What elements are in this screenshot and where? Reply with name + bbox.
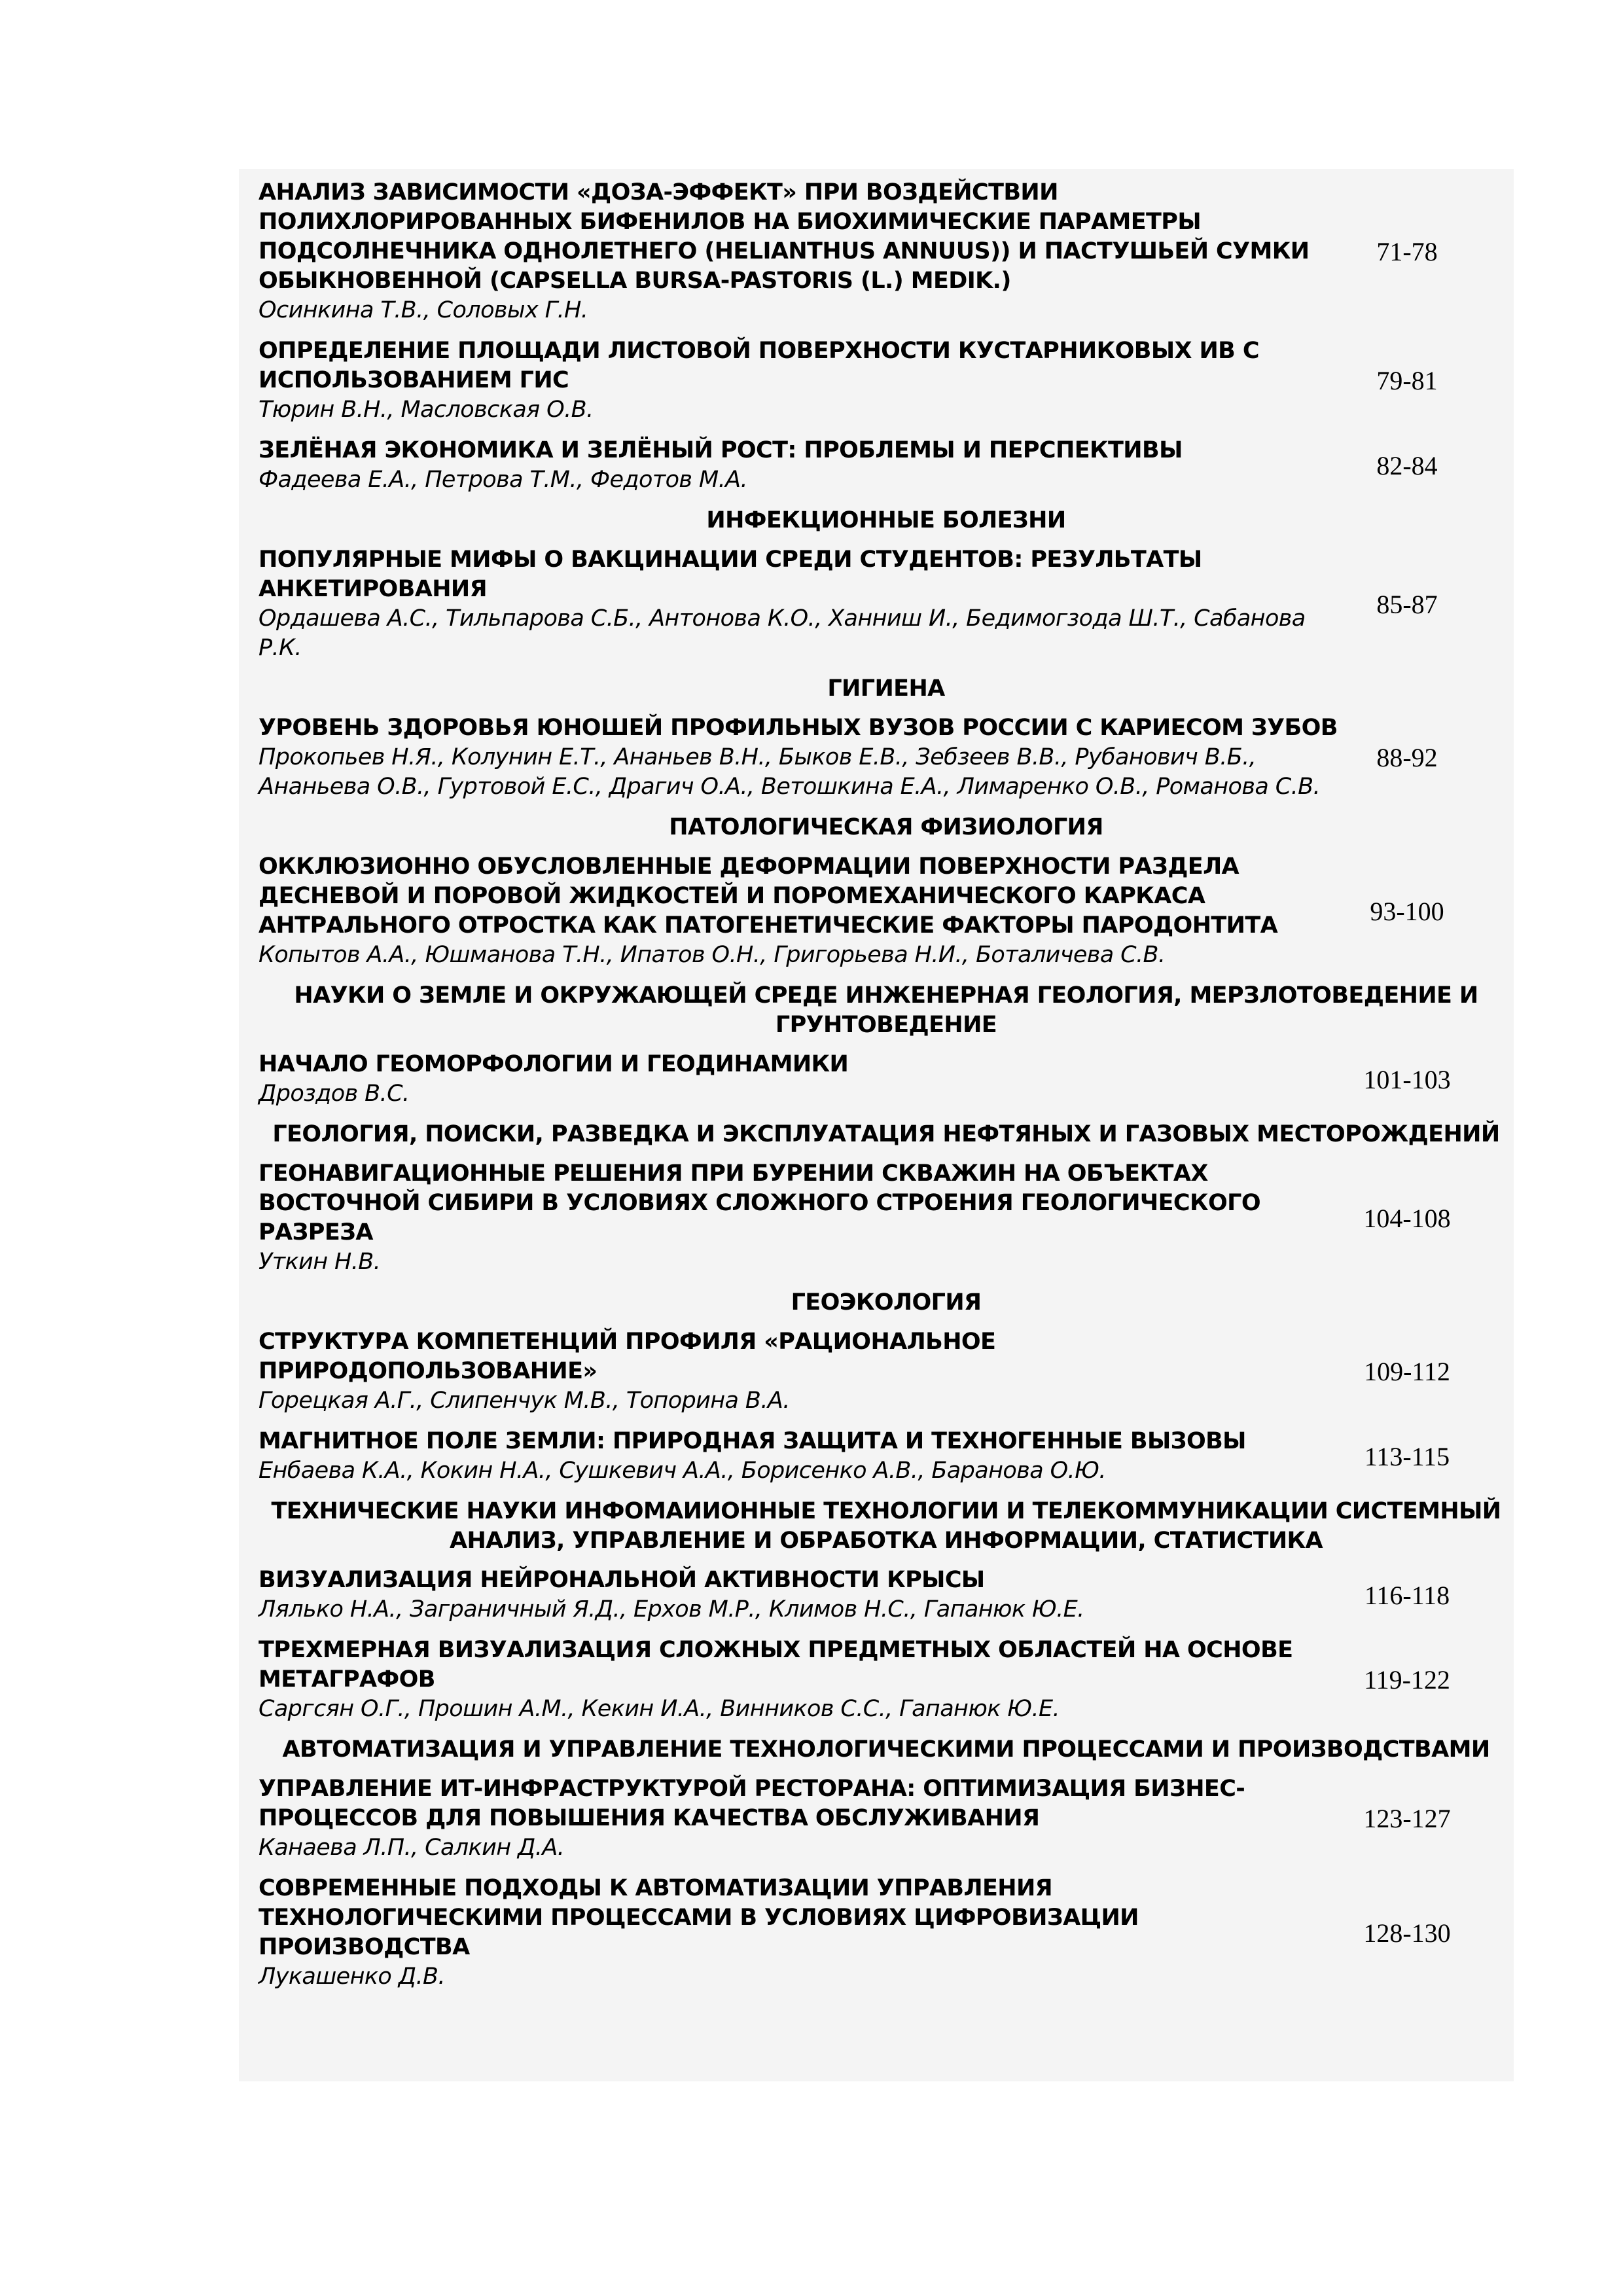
article-authors: Копытов А.А., Юшманова Т.Н., Ипатов О.Н.… bbox=[259, 941, 1345, 970]
entry-text: ПОПУЛЯРНЫЕ МИФЫ О ВАКЦИНАЦИИ СРЕДИ СТУДЕ… bbox=[259, 545, 1345, 663]
article-title: УПРАВЛЕНИЕ ИТ-ИНФРАСТРУКТУРОЙ РЕСТОРАНА:… bbox=[259, 1774, 1345, 1833]
entry-text: АНАЛИЗ ЗАВИСИМОСТИ «ДОЗА-ЭФФЕКТ» ПРИ ВОЗ… bbox=[259, 178, 1345, 325]
section-heading: ТЕХНИЧЕСКИЕ НАУКИ ИНФОМАИИОННЫЕ ТЕХНОЛОГ… bbox=[259, 1497, 1514, 1556]
section-heading: ГЕОЭКОЛОГИЯ bbox=[259, 1288, 1514, 1318]
entry-text: НАЧАЛО ГЕОМОРФОЛОГИИ И ГЕОДИНАМИКИ Дрозд… bbox=[259, 1050, 1345, 1109]
entry-text: ОПРЕДЕЛЕНИЕ ПЛОЩАДИ ЛИСТОВОЙ ПОВЕРХНОСТИ… bbox=[259, 336, 1345, 425]
page-range: 104-108 bbox=[1345, 1203, 1469, 1234]
article-title: УРОВЕНЬ ЗДОРОВЬЯ ЮНОШЕЙ ПРОФИЛЬНЫХ ВУЗОВ… bbox=[259, 713, 1345, 743]
toc-entry[interactable]: ОПРЕДЕЛЕНИЕ ПЛОЩАДИ ЛИСТОВОЙ ПОВЕРХНОСТИ… bbox=[259, 336, 1514, 425]
article-title: ПОПУЛЯРНЫЕ МИФЫ О ВАКЦИНАЦИИ СРЕДИ СТУДЕ… bbox=[259, 545, 1345, 604]
page-range: 128-130 bbox=[1345, 1918, 1469, 1948]
page-range: 119-122 bbox=[1345, 1664, 1469, 1695]
page-range: 113-115 bbox=[1345, 1441, 1469, 1472]
article-authors: Фадеева Е.А., Петрова Т.М., Федотов М.А. bbox=[259, 465, 1345, 495]
page-range: 109-112 bbox=[1345, 1356, 1469, 1387]
article-title: ТРЕХМЕРНАЯ ВИЗУАЛИЗАЦИЯ СЛОЖНЫХ ПРЕДМЕТН… bbox=[259, 1636, 1345, 1695]
table-of-contents: АНАЛИЗ ЗАВИСИМОСТИ «ДОЗА-ЭФФЕКТ» ПРИ ВОЗ… bbox=[239, 169, 1514, 2081]
article-authors: Саргсян О.Г., Прошин А.М., Кекин И.А., В… bbox=[259, 1695, 1345, 1724]
page-range: 88-92 bbox=[1345, 742, 1469, 773]
toc-entry[interactable]: ГЕОНАВИГАЦИОННЫЕ РЕШЕНИЯ ПРИ БУРЕНИИ СКВ… bbox=[259, 1159, 1514, 1277]
toc-entry[interactable]: УРОВЕНЬ ЗДОРОВЬЯ ЮНОШЕЙ ПРОФИЛЬНЫХ ВУЗОВ… bbox=[259, 713, 1514, 802]
toc-entry[interactable]: МАГНИТНОЕ ПОЛЕ ЗЕМЛИ: ПРИРОДНАЯ ЗАЩИТА И… bbox=[259, 1427, 1514, 1486]
entry-text: УПРАВЛЕНИЕ ИТ-ИНФРАСТРУКТУРОЙ РЕСТОРАНА:… bbox=[259, 1774, 1345, 1863]
article-authors: Осинкина Т.В., Соловых Г.Н. bbox=[259, 296, 1345, 325]
entry-text: ВИЗУАЛИЗАЦИЯ НЕЙРОНАЛЬНОЙ АКТИВНОСТИ КРЫ… bbox=[259, 1566, 1345, 1624]
section-heading: ГЕОЛОГИЯ, ПОИСКИ, РАЗВЕДКА И ЭКСПЛУАТАЦИ… bbox=[259, 1120, 1514, 1149]
article-authors: Лялько Н.А., Заграничный Я.Д., Ерхов М.Р… bbox=[259, 1595, 1345, 1624]
toc-entry[interactable]: АНАЛИЗ ЗАВИСИМОСТИ «ДОЗА-ЭФФЕКТ» ПРИ ВОЗ… bbox=[259, 178, 1514, 325]
article-title: ГЕОНАВИГАЦИОННЫЕ РЕШЕНИЯ ПРИ БУРЕНИИ СКВ… bbox=[259, 1159, 1345, 1247]
page-range: 123-127 bbox=[1345, 1803, 1469, 1834]
article-title: ОПРЕДЕЛЕНИЕ ПЛОЩАДИ ЛИСТОВОЙ ПОВЕРХНОСТИ… bbox=[259, 336, 1345, 395]
article-authors: Уткин Н.В. bbox=[259, 1247, 1345, 1277]
article-title: АНАЛИЗ ЗАВИСИМОСТИ «ДОЗА-ЭФФЕКТ» ПРИ ВОЗ… bbox=[259, 178, 1345, 296]
article-authors: Прокопьев Н.Я., Колунин Е.Т., Ананьев В.… bbox=[259, 743, 1345, 802]
entry-text: ОККЛЮЗИОННО ОБУСЛОВЛЕННЫЕ ДЕФОРМАЦИИ ПОВ… bbox=[259, 852, 1345, 970]
toc-entry[interactable]: ТРЕХМЕРНАЯ ВИЗУАЛИЗАЦИЯ СЛОЖНЫХ ПРЕДМЕТН… bbox=[259, 1636, 1514, 1724]
article-authors: Горецкая А.Г., Слипенчук М.В., Топорина … bbox=[259, 1386, 1345, 1416]
article-authors: Канаева Л.П., Салкин Д.А. bbox=[259, 1833, 1345, 1863]
entry-text: ЗЕЛЁНАЯ ЭКОНОМИКА И ЗЕЛЁНЫЙ РОСТ: ПРОБЛЕ… bbox=[259, 436, 1345, 495]
article-title: ВИЗУАЛИЗАЦИЯ НЕЙРОНАЛЬНОЙ АКТИВНОСТИ КРЫ… bbox=[259, 1566, 1345, 1595]
entry-text: СОВРЕМЕННЫЕ ПОДХОДЫ К АВТОМАТИЗАЦИИ УПРА… bbox=[259, 1874, 1345, 1992]
toc-entry[interactable]: ВИЗУАЛИЗАЦИЯ НЕЙРОНАЛЬНОЙ АКТИВНОСТИ КРЫ… bbox=[259, 1566, 1514, 1624]
article-title: ЗЕЛЁНАЯ ЭКОНОМИКА И ЗЕЛЁНЫЙ РОСТ: ПРОБЛЕ… bbox=[259, 436, 1345, 465]
toc-entry[interactable]: СТРУКТУРА КОМПЕТЕНЦИЙ ПРОФИЛЯ «РАЦИОНАЛЬ… bbox=[259, 1327, 1514, 1416]
toc-entry[interactable]: СОВРЕМЕННЫЕ ПОДХОДЫ К АВТОМАТИЗАЦИИ УПРА… bbox=[259, 1874, 1514, 1992]
article-authors: Лукашенко Д.В. bbox=[259, 1962, 1345, 1992]
entry-text: МАГНИТНОЕ ПОЛЕ ЗЕМЛИ: ПРИРОДНАЯ ЗАЩИТА И… bbox=[259, 1427, 1345, 1486]
article-authors: Енбаева К.А., Кокин Н.А., Сушкевич А.А.,… bbox=[259, 1456, 1345, 1486]
toc-entry[interactable]: НАЧАЛО ГЕОМОРФОЛОГИИ И ГЕОДИНАМИКИ Дрозд… bbox=[259, 1050, 1514, 1109]
article-authors: Дроздов В.С. bbox=[259, 1079, 1345, 1109]
toc-entry[interactable]: ОККЛЮЗИОННО ОБУСЛОВЛЕННЫЕ ДЕФОРМАЦИИ ПОВ… bbox=[259, 852, 1514, 970]
toc-entry[interactable]: УПРАВЛЕНИЕ ИТ-ИНФРАСТРУКТУРОЙ РЕСТОРАНА:… bbox=[259, 1774, 1514, 1863]
section-heading: ИНФЕКЦИОННЫЕ БОЛЕЗНИ bbox=[259, 506, 1514, 535]
article-title: СТРУКТУРА КОМПЕТЕНЦИЙ ПРОФИЛЯ «РАЦИОНАЛЬ… bbox=[259, 1327, 1345, 1386]
page-range: 85-87 bbox=[1345, 589, 1469, 620]
article-authors: Тюрин В.Н., Масловская О.В. bbox=[259, 395, 1345, 425]
toc-entry[interactable]: ПОПУЛЯРНЫЕ МИФЫ О ВАКЦИНАЦИИ СРЕДИ СТУДЕ… bbox=[259, 545, 1514, 663]
page-range: 93-100 bbox=[1345, 896, 1469, 927]
page-range: 71-78 bbox=[1345, 236, 1469, 267]
article-authors: Ордашева А.С., Тильпарова С.Б., Антонова… bbox=[259, 604, 1345, 663]
section-heading: НАУКИ О ЗЕМЛЕ И ОКРУЖАЮЩЕЙ СРЕДЕ ИНЖЕНЕР… bbox=[259, 981, 1514, 1040]
page-range: 79-81 bbox=[1345, 365, 1469, 396]
page-range: 82-84 bbox=[1345, 450, 1469, 481]
article-title: СОВРЕМЕННЫЕ ПОДХОДЫ К АВТОМАТИЗАЦИИ УПРА… bbox=[259, 1874, 1345, 1962]
article-title: НАЧАЛО ГЕОМОРФОЛОГИИ И ГЕОДИНАМИКИ bbox=[259, 1050, 1345, 1079]
section-heading: ПАТОЛОГИЧЕСКАЯ ФИЗИОЛОГИЯ bbox=[259, 813, 1514, 842]
toc-entry[interactable]: ЗЕЛЁНАЯ ЭКОНОМИКА И ЗЕЛЁНЫЙ РОСТ: ПРОБЛЕ… bbox=[259, 436, 1514, 495]
entry-text: ГЕОНАВИГАЦИОННЫЕ РЕШЕНИЯ ПРИ БУРЕНИИ СКВ… bbox=[259, 1159, 1345, 1277]
entry-text: ТРЕХМЕРНАЯ ВИЗУАЛИЗАЦИЯ СЛОЖНЫХ ПРЕДМЕТН… bbox=[259, 1636, 1345, 1724]
article-title: ОККЛЮЗИОННО ОБУСЛОВЛЕННЫЕ ДЕФОРМАЦИИ ПОВ… bbox=[259, 852, 1345, 941]
page-range: 116-118 bbox=[1345, 1580, 1469, 1611]
page-range: 101-103 bbox=[1345, 1064, 1469, 1095]
entry-text: УРОВЕНЬ ЗДОРОВЬЯ ЮНОШЕЙ ПРОФИЛЬНЫХ ВУЗОВ… bbox=[259, 713, 1345, 802]
entry-text: СТРУКТУРА КОМПЕТЕНЦИЙ ПРОФИЛЯ «РАЦИОНАЛЬ… bbox=[259, 1327, 1345, 1416]
section-heading: ГИГИЕНА bbox=[259, 674, 1514, 704]
section-heading: АВТОМАТИЗАЦИЯ И УПРАВЛЕНИЕ ТЕХНОЛОГИЧЕСК… bbox=[259, 1735, 1514, 1765]
article-title: МАГНИТНОЕ ПОЛЕ ЗЕМЛИ: ПРИРОДНАЯ ЗАЩИТА И… bbox=[259, 1427, 1345, 1456]
